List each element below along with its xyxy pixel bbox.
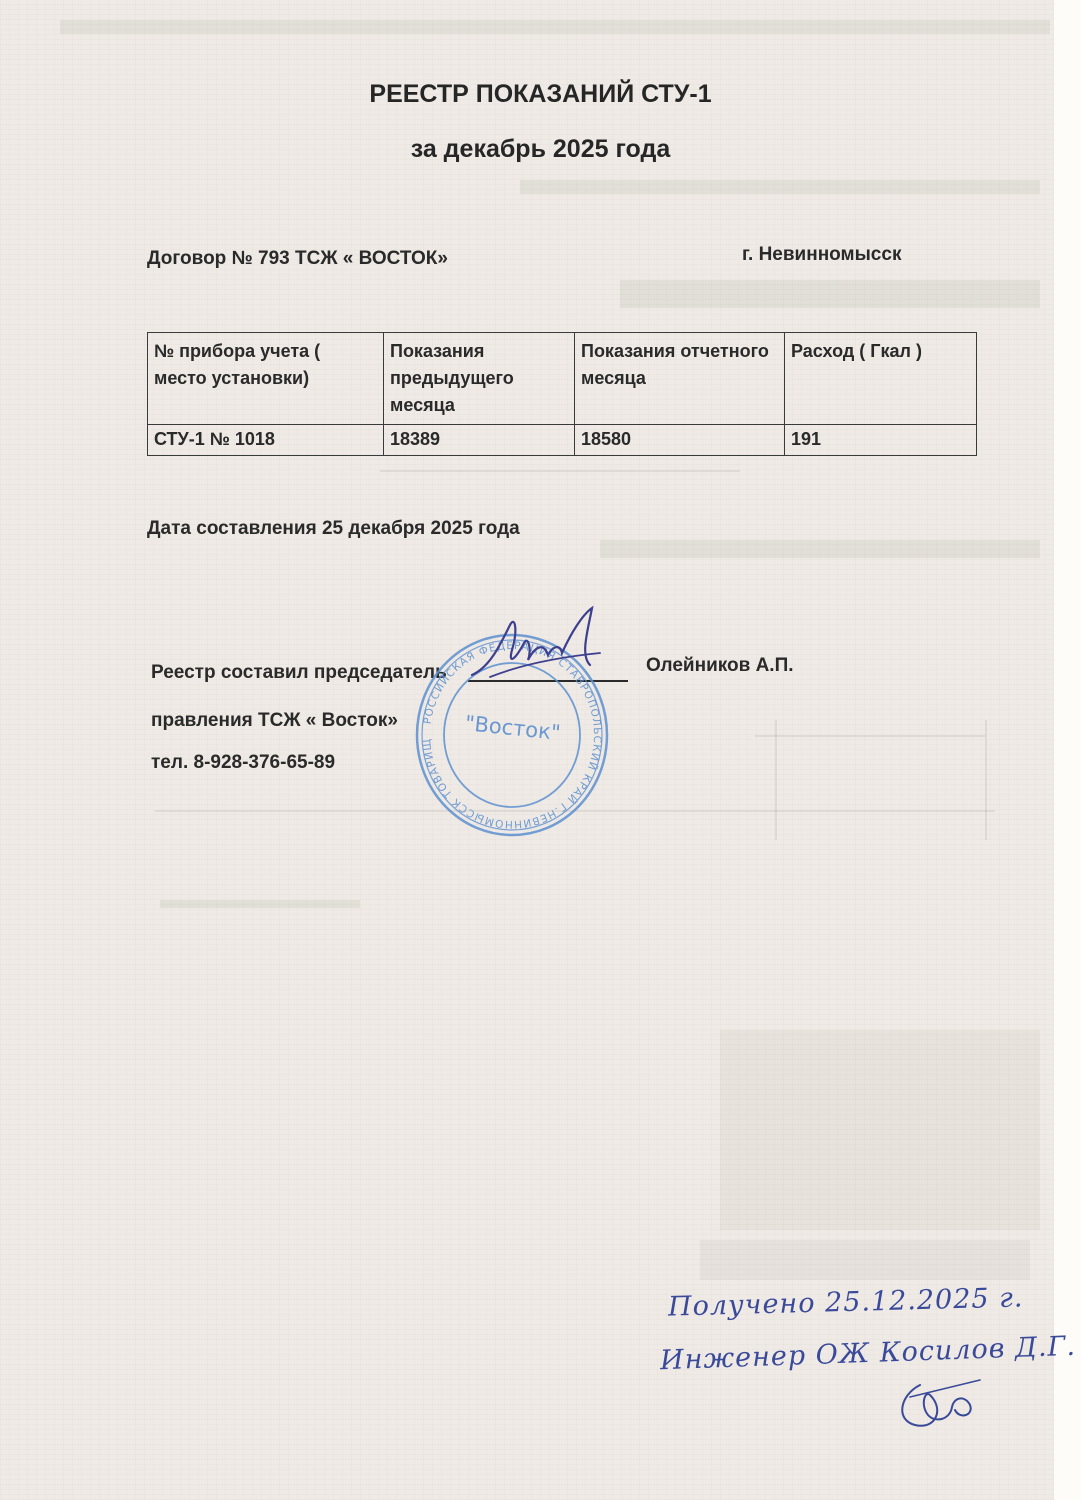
cell-previous-reading: 18389 xyxy=(384,425,575,456)
cell-device: СТУ-1 № 1018 xyxy=(148,425,384,456)
phone-number: тел. 8-928-376-65-89 xyxy=(151,752,335,774)
table-row: СТУ-1 № 1018 18389 18580 191 xyxy=(148,425,977,456)
board-label: правления ТСЖ « Восток» xyxy=(151,710,398,732)
bleed-artifact xyxy=(60,20,1050,34)
bleed-artifact xyxy=(775,720,777,840)
bleed-artifact xyxy=(985,720,987,840)
bleed-artifact xyxy=(160,900,360,908)
document-subtitle: за декабрь 2025 года xyxy=(0,135,1081,164)
bleed-artifact xyxy=(380,470,740,472)
compilation-date: Дата составления 25 декабря 2025 года xyxy=(147,518,520,540)
header-consumption: Расход ( Гкал ) xyxy=(785,333,977,425)
bleed-artifact xyxy=(720,1030,1040,1230)
header-previous-reading: Показания предыдущего месяца xyxy=(384,333,575,425)
handwritten-initials-icon xyxy=(890,1375,990,1435)
signature-icon xyxy=(420,605,620,690)
stamp-center-text: "Восток" xyxy=(464,711,562,745)
document-title: РЕЕСТР ПОКАЗАНИЙ СТУ-1 xyxy=(0,80,1081,109)
compiled-by-label: Реестр составил председатель xyxy=(151,662,447,684)
cell-consumption: 191 xyxy=(785,425,977,456)
bleed-artifact xyxy=(600,540,1040,558)
bleed-artifact xyxy=(520,180,1040,194)
signer-name: Олейников А.П. xyxy=(646,655,794,677)
contract-number: Договор № 793 ТСЖ « ВОСТОК» xyxy=(147,248,448,270)
readings-table: № прибора учета ( место установки) Показ… xyxy=(147,332,977,456)
bleed-artifact xyxy=(755,735,985,737)
header-current-reading: Показания отчетного месяца xyxy=(575,333,785,425)
bleed-artifact xyxy=(620,280,1040,308)
table-header-row: № прибора учета ( место установки) Показ… xyxy=(148,333,977,425)
city: г. Невинномысск xyxy=(742,244,901,266)
header-device: № прибора учета ( место установки) xyxy=(148,333,384,425)
cell-current-reading: 18580 xyxy=(575,425,785,456)
bleed-artifact xyxy=(700,1240,1030,1280)
